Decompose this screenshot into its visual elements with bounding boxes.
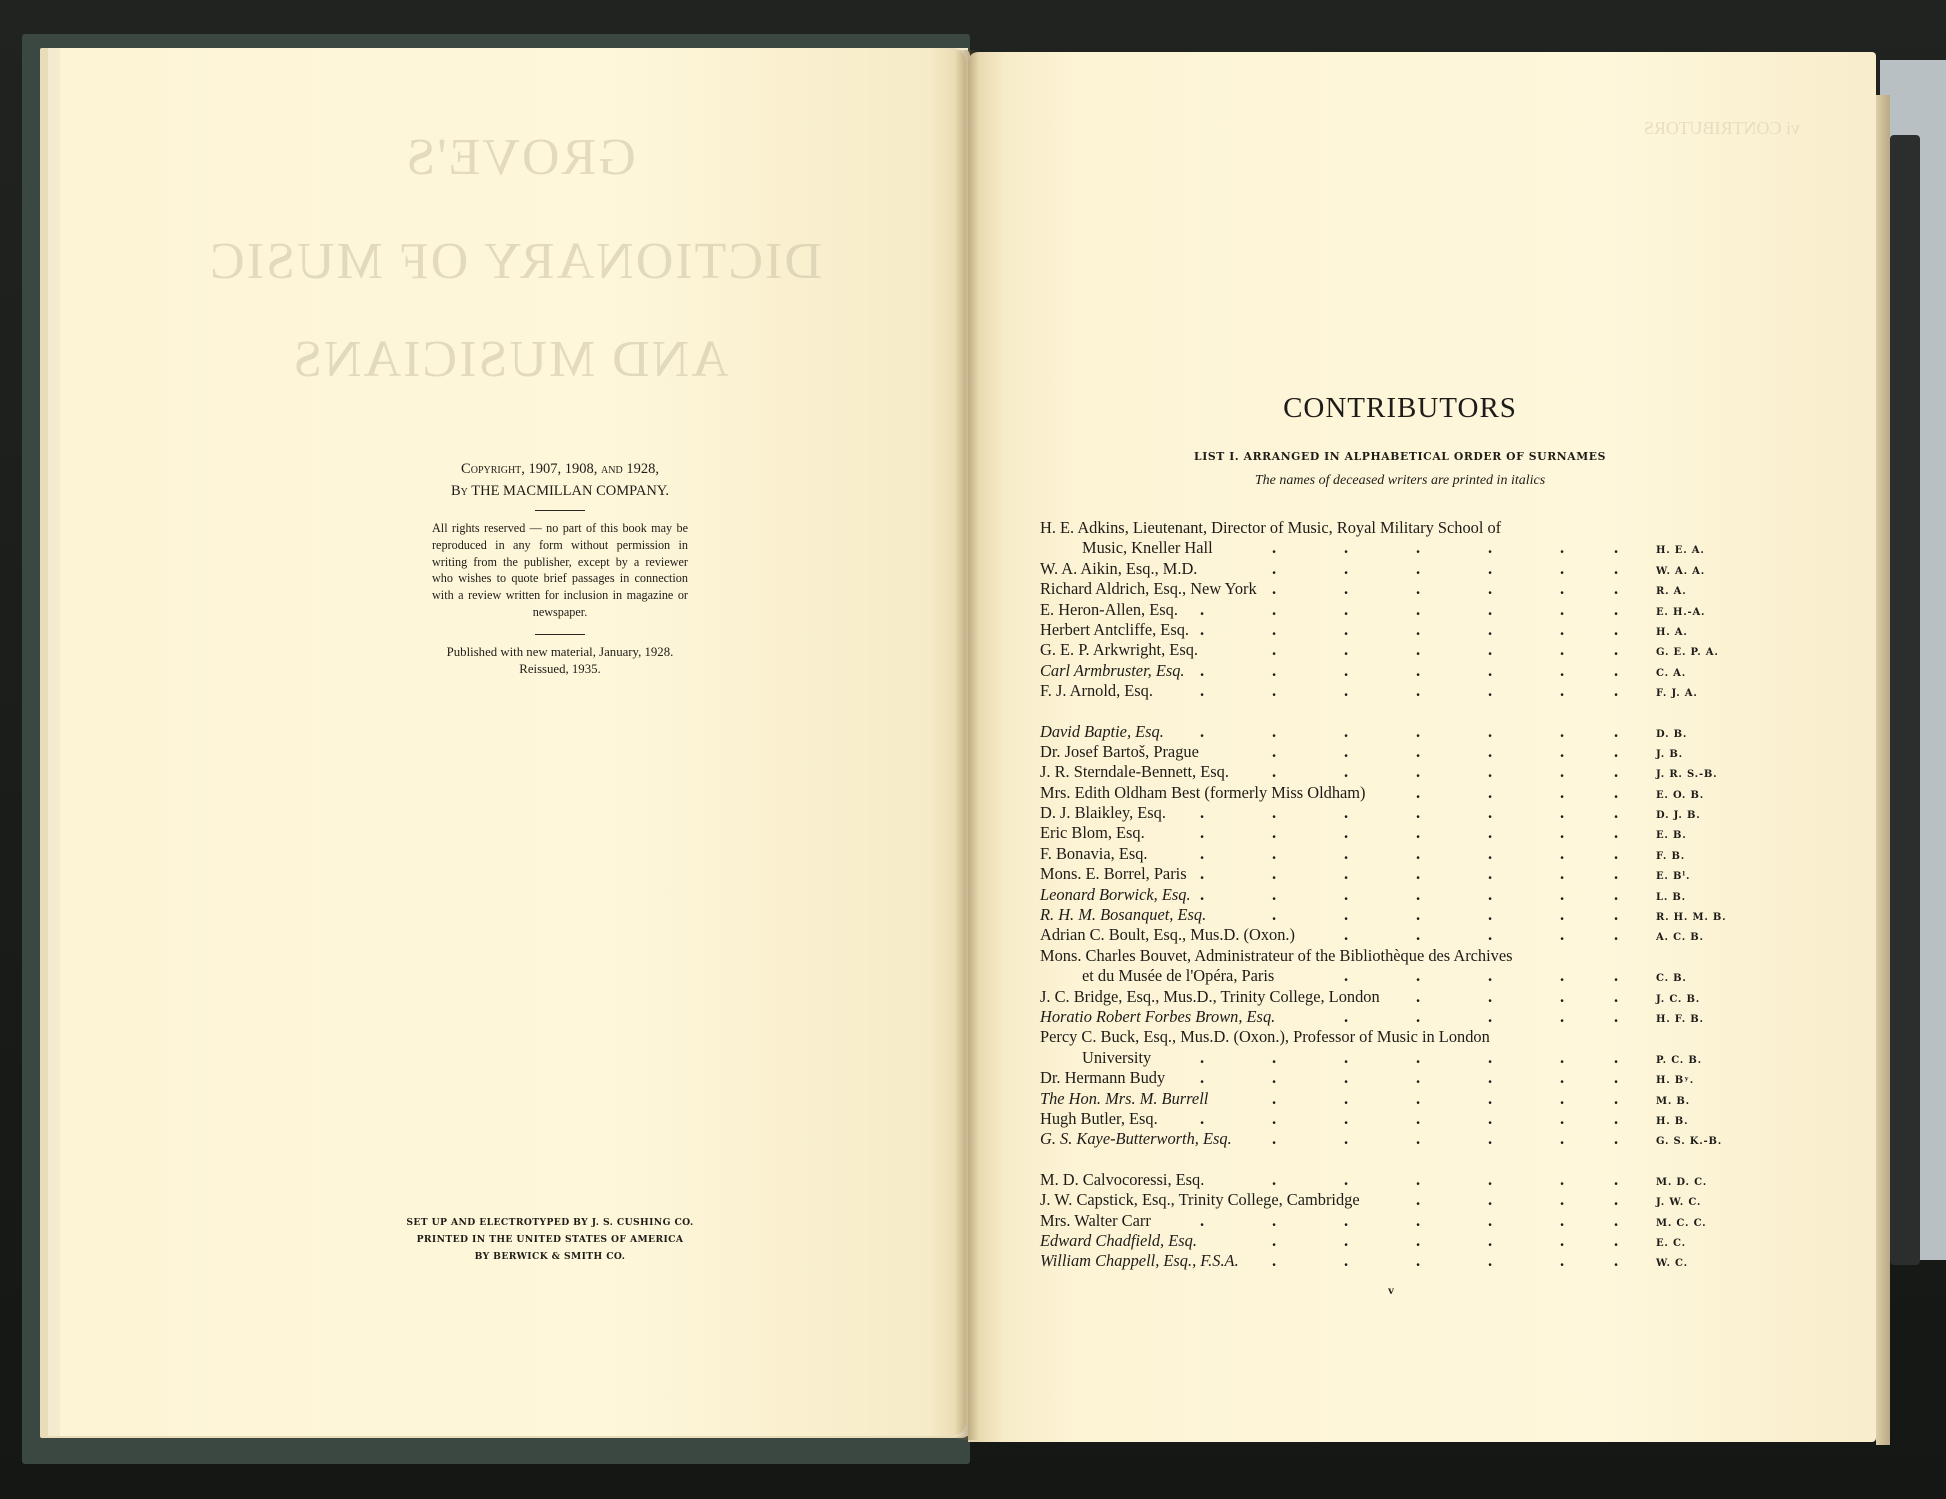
contributor-row: The Hon. Mrs. M. Burrell......M. B. (1040, 1089, 1740, 1109)
dot-leader: ...... (1040, 1231, 1618, 1251)
leader-dot: . (1614, 742, 1618, 762)
publisher-line: By THE MACMILLAN COMPANY. (400, 480, 720, 502)
leader-dot: . (1488, 885, 1492, 905)
leader-dot: . (1488, 864, 1492, 884)
contributor-row: Herbert Antcliffe, Esq........H. A. (1040, 620, 1740, 640)
ghost-running-header: vi CONTRIBUTORS (1330, 118, 1800, 139)
contributor-row: Dr. Hermann Budy.......H. Bʸ. (1040, 1068, 1740, 1088)
contributor-row: Dr. Josef Bartoš, Prague......J. B. (1040, 742, 1740, 762)
leader-dot: . (1488, 905, 1492, 925)
contributor-row: University.......P. C. B. (1040, 1048, 1740, 1068)
dot-leader: ...... (1040, 1251, 1618, 1271)
contributor-initials: F. J. A. (1656, 684, 1698, 704)
leader-dot: . (1614, 661, 1618, 681)
leader-dot: . (1560, 966, 1564, 986)
printer-line: BY BERWICK & SMITH CO. (400, 1248, 700, 1265)
leader-dot: . (1200, 823, 1204, 843)
leader-dot: . (1614, 823, 1618, 843)
leader-dot: . (1344, 844, 1348, 864)
contributor-row: J. C. Bridge, Esq., Mus.D., Trinity Coll… (1040, 987, 1740, 1007)
rights-notice: All rights reserved — no part of this bo… (432, 520, 688, 621)
leader-dot: . (1416, 1048, 1420, 1068)
leader-dot: . (1560, 681, 1564, 701)
leader-dot: . (1416, 1231, 1420, 1251)
leader-dot: . (1488, 681, 1492, 701)
contributor-row: R. H. M. Bosanquet, Esq.......R. H. M. B… (1040, 905, 1740, 925)
leader-dot: . (1488, 742, 1492, 762)
leader-dot: . (1614, 1170, 1618, 1190)
publication-note: Published with new material, January, 19… (400, 644, 720, 661)
leader-dot: . (1416, 783, 1420, 803)
publisher-by: By (451, 483, 468, 499)
leader-dot: . (1614, 620, 1618, 640)
contributor-row: Music, Kneller Hall......H. E. A. (1040, 538, 1740, 558)
leader-dot: . (1200, 722, 1204, 742)
printer-line: PRINTED IN THE UNITED STATES OF AMERICA (400, 1231, 700, 1248)
contributor-row: D. J. Blaikley, Esq........D. J. B. (1040, 803, 1740, 823)
contributor-row: Leonard Borwick, Esq........L. B. (1040, 885, 1740, 905)
leader-dot: . (1272, 559, 1276, 579)
leader-dot: . (1488, 1109, 1492, 1129)
leader-dot: . (1614, 538, 1618, 558)
leader-dot: . (1272, 1251, 1276, 1271)
leader-dot: . (1272, 579, 1276, 599)
contributor-row: W. A. Aikin, Esq., M.D.......W. A. A. (1040, 559, 1740, 579)
leader-dot: . (1614, 966, 1618, 986)
dot-leader: ....... (1040, 803, 1618, 823)
leader-dot: . (1416, 559, 1420, 579)
contributor-row: Eric Blom, Esq........E. B. (1040, 823, 1740, 843)
dot-leader: ...... (1040, 579, 1618, 599)
leader-dot: . (1272, 1068, 1276, 1088)
leader-dot: . (1272, 823, 1276, 843)
leader-dot: . (1560, 783, 1564, 803)
leader-dot: . (1200, 681, 1204, 701)
book-gutter (955, 50, 979, 1440)
dot-leader: ....... (1040, 1048, 1618, 1068)
contributor-row: H. E. Adkins, Lieutenant, Director of Mu… (1040, 518, 1740, 538)
leader-dot: . (1416, 620, 1420, 640)
leader-dot: . (1614, 925, 1618, 945)
leader-dot: . (1488, 925, 1492, 945)
contributor-row: et du Musée de l'Opéra, Paris.....C. B. (1040, 966, 1740, 986)
dot-leader: ...... (1040, 538, 1618, 558)
contributor-row: G. E. P. Arkwright, Esq.......G. E. P. A… (1040, 640, 1740, 660)
leader-dot: . (1416, 1251, 1420, 1271)
leader-dot: . (1488, 1251, 1492, 1271)
ghost-title-line-2: DICTIONARY OF MUSIC (110, 232, 920, 291)
leader-dot: . (1560, 559, 1564, 579)
leader-dot: . (1560, 722, 1564, 742)
dot-leader: ....... (1040, 844, 1618, 864)
leader-dot: . (1344, 681, 1348, 701)
leader-dot: . (1344, 925, 1348, 945)
divider-rule (535, 634, 585, 635)
copyright-year-last: 1928, (623, 461, 659, 477)
leader-dot: . (1560, 1251, 1564, 1271)
leader-dot: . (1614, 905, 1618, 925)
leader-dot: . (1416, 600, 1420, 620)
leader-dot: . (1416, 1068, 1420, 1088)
page-edges-right (1876, 95, 1890, 1445)
leader-dot: . (1560, 987, 1564, 1007)
leader-dot: . (1560, 1190, 1564, 1210)
contributor-initials: W. C. (1656, 1254, 1688, 1274)
leader-dot: . (1272, 538, 1276, 558)
leader-dot: . (1614, 681, 1618, 701)
leader-dot: . (1344, 600, 1348, 620)
leader-dot: . (1416, 722, 1420, 742)
leader-dot: . (1416, 1109, 1420, 1129)
leader-dot: . (1416, 966, 1420, 986)
dot-leader: ..... (1040, 1007, 1618, 1027)
leader-dot: . (1272, 844, 1276, 864)
leader-dot: . (1488, 823, 1492, 843)
dot-leader: ....... (1040, 661, 1618, 681)
dot-leader: .... (1040, 783, 1618, 803)
contributor-row: M. D. Calvocoressi, Esq.......M. D. C. (1040, 1170, 1740, 1190)
leader-dot: . (1344, 1089, 1348, 1109)
leader-dot: . (1344, 1251, 1348, 1271)
dot-leader: ....... (1040, 722, 1618, 742)
leader-dot: . (1416, 885, 1420, 905)
leader-dot: . (1272, 905, 1276, 925)
copyright-line: Copyright, 1907, 1908, and 1928, (400, 458, 720, 480)
leader-dot: . (1614, 1109, 1618, 1129)
leader-dot: . (1488, 1129, 1492, 1149)
dot-leader: ....... (1040, 681, 1618, 701)
list-note: The names of deceased writers are printe… (1100, 473, 1700, 489)
leader-dot: . (1488, 640, 1492, 660)
leader-dot: . (1560, 1068, 1564, 1088)
leader-dot: . (1560, 762, 1564, 782)
leader-dot: . (1614, 722, 1618, 742)
leader-dot: . (1488, 620, 1492, 640)
page-title: CONTRIBUTORS (1250, 392, 1550, 425)
dot-leader: ...... (1040, 640, 1618, 660)
leader-dot: . (1272, 681, 1276, 701)
contributors-list: H. E. Adkins, Lieutenant, Director of Mu… (1040, 518, 1740, 1272)
leader-dot: . (1344, 640, 1348, 660)
leader-dot: . (1272, 1211, 1276, 1231)
copyright-and: and (601, 461, 623, 477)
leader-dot: . (1416, 1089, 1420, 1109)
leader-dot: . (1272, 1048, 1276, 1068)
dot-leader: .... (1040, 987, 1618, 1007)
leader-dot: . (1416, 640, 1420, 660)
leader-dot: . (1200, 1048, 1204, 1068)
leader-dot: . (1200, 1211, 1204, 1231)
leader-dot: . (1344, 1211, 1348, 1231)
leader-dot: . (1416, 579, 1420, 599)
leader-dot: . (1560, 905, 1564, 925)
leader-dot: . (1272, 661, 1276, 681)
leader-dot: . (1272, 742, 1276, 762)
leader-dot: . (1200, 844, 1204, 864)
leader-dot: . (1560, 864, 1564, 884)
contributor-row: G. S. Kaye-Butterworth, Esq.......G. S. … (1040, 1129, 1740, 1149)
leader-dot: . (1200, 885, 1204, 905)
leader-dot: . (1560, 1170, 1564, 1190)
leader-dot: . (1560, 1109, 1564, 1129)
leader-dot: . (1560, 538, 1564, 558)
leader-dot: . (1614, 1007, 1618, 1027)
leader-dot: . (1344, 823, 1348, 843)
leader-dot: . (1560, 600, 1564, 620)
dot-leader: ....... (1040, 1211, 1618, 1231)
leader-dot: . (1560, 661, 1564, 681)
leader-dot: . (1344, 620, 1348, 640)
leader-dot: . (1344, 905, 1348, 925)
ghost-title-line-3: AND MUSICIANS (200, 330, 820, 389)
dot-leader: ...... (1040, 1170, 1618, 1190)
contributor-row: Adrian C. Boult, Esq., Mus.D. (Oxon.)...… (1040, 925, 1740, 945)
leader-dot: . (1344, 1007, 1348, 1027)
leader-dot: . (1344, 803, 1348, 823)
dot-leader: ....... (1040, 600, 1618, 620)
leader-dot: . (1560, 1231, 1564, 1251)
contributor-row: E. Heron-Allen, Esq........E. H.-A. (1040, 600, 1740, 620)
contributor-row: Richard Aldrich, Esq., New York......R. … (1040, 579, 1740, 599)
dot-leader: ....... (1040, 1109, 1618, 1129)
leader-dot: . (1416, 661, 1420, 681)
leader-dot: . (1488, 1089, 1492, 1109)
leader-dot: . (1272, 864, 1276, 884)
leader-dot: . (1488, 987, 1492, 1007)
divider-rule (535, 510, 585, 511)
leader-dot: . (1488, 844, 1492, 864)
leader-dot: . (1614, 559, 1618, 579)
leader-dot: . (1614, 1129, 1618, 1149)
leader-dot: . (1416, 1007, 1420, 1027)
leader-dot: . (1614, 1231, 1618, 1251)
leader-dot: . (1272, 640, 1276, 660)
leader-dot: . (1344, 661, 1348, 681)
leader-dot: . (1560, 1007, 1564, 1027)
leader-dot: . (1560, 1129, 1564, 1149)
leader-dot: . (1272, 803, 1276, 823)
publisher-name: THE MACMILLAN COMPANY. (468, 483, 669, 499)
leader-dot: . (1416, 1211, 1420, 1231)
leader-dot: . (1488, 1068, 1492, 1088)
leader-dot: . (1488, 538, 1492, 558)
dot-leader: ...... (1040, 1089, 1618, 1109)
leader-dot: . (1560, 885, 1564, 905)
contributor-name: H. E. Adkins, Lieutenant, Director of Mu… (1040, 518, 1501, 538)
leader-dot: . (1488, 722, 1492, 742)
leader-dot: . (1560, 579, 1564, 599)
printer-imprint: SET UP AND ELECTROTYPED BY J. S. CUSHING… (400, 1214, 700, 1265)
list-heading: LIST I. ARRANGED IN ALPHABETICAL ORDER O… (1100, 450, 1700, 463)
leader-dot: . (1488, 1048, 1492, 1068)
printer-line: SET UP AND ELECTROTYPED BY J. S. CUSHING… (400, 1214, 700, 1231)
leader-dot: . (1416, 803, 1420, 823)
leader-dot: . (1416, 905, 1420, 925)
leader-dot: . (1560, 925, 1564, 945)
leader-dot: . (1272, 762, 1276, 782)
contributor-row: David Baptie, Esq........D. B. (1040, 722, 1740, 742)
leader-dot: . (1488, 559, 1492, 579)
page-number: v (1388, 1283, 1394, 1298)
leader-dot: . (1416, 823, 1420, 843)
leader-dot: . (1614, 1048, 1618, 1068)
dot-leader: ....... (1040, 620, 1618, 640)
leader-dot: . (1200, 1109, 1204, 1129)
leader-dot: . (1488, 783, 1492, 803)
contributor-row: Mons. E. Borrel, Paris.......E. Bˡ. (1040, 864, 1740, 884)
dot-leader: ...... (1040, 905, 1618, 925)
dot-leader: ..... (1040, 966, 1618, 986)
dot-leader: ....... (1040, 1068, 1618, 1088)
dot-leader: ..... (1040, 925, 1618, 945)
leader-dot: . (1560, 1048, 1564, 1068)
leader-dot: . (1560, 1211, 1564, 1231)
leader-dot: . (1416, 1170, 1420, 1190)
leader-dot: . (1416, 762, 1420, 782)
dot-leader: .... (1040, 1190, 1618, 1210)
leader-dot: . (1488, 966, 1492, 986)
contributor-row: Carl Armbruster, Esq........C. A. (1040, 661, 1740, 681)
contributor-row: Edward Chadfield, Esq.......E. C. (1040, 1231, 1740, 1251)
dot-leader: ...... (1040, 559, 1618, 579)
leader-dot: . (1200, 864, 1204, 884)
contributor-row: F. J. Arnold, Esq........F. J. A. (1040, 681, 1740, 701)
leader-dot: . (1200, 1068, 1204, 1088)
leader-dot: . (1344, 1231, 1348, 1251)
leader-dot: . (1344, 762, 1348, 782)
dot-leader: ....... (1040, 885, 1618, 905)
leader-dot: . (1560, 844, 1564, 864)
leader-dot: . (1488, 1211, 1492, 1231)
leader-dot: . (1416, 864, 1420, 884)
copyright-years: , 1907, 1908, (521, 461, 601, 477)
dot-leader: ...... (1040, 762, 1618, 782)
leader-dot: . (1344, 722, 1348, 742)
leader-dot: . (1614, 1089, 1618, 1109)
copyright-block: Copyright, 1907, 1908, and 1928, By THE … (400, 458, 720, 678)
leader-dot: . (1560, 803, 1564, 823)
leader-dot: . (1272, 722, 1276, 742)
contributor-name: Mons. Charles Bouvet, Administrateur of … (1040, 946, 1513, 966)
leader-dot: . (1614, 864, 1618, 884)
leader-dot: . (1488, 1231, 1492, 1251)
leader-dot: . (1614, 1211, 1618, 1231)
leader-dot: . (1200, 803, 1204, 823)
leader-dot: . (1614, 803, 1618, 823)
leader-dot: . (1614, 600, 1618, 620)
contributor-row: William Chappell, Esq., F.S.A.......W. C… (1040, 1251, 1740, 1271)
leader-dot: . (1272, 1129, 1276, 1149)
leader-dot: . (1614, 783, 1618, 803)
leader-dot: . (1488, 579, 1492, 599)
leader-dot: . (1200, 620, 1204, 640)
leader-dot: . (1614, 1251, 1618, 1271)
leader-dot: . (1560, 1089, 1564, 1109)
leader-dot: . (1344, 885, 1348, 905)
leader-dot: . (1200, 600, 1204, 620)
dot-leader: ....... (1040, 864, 1618, 884)
leader-dot: . (1272, 1089, 1276, 1109)
leader-dot: . (1344, 1109, 1348, 1129)
leader-dot: . (1416, 742, 1420, 762)
contributor-row: J. R. Sterndale-Bennett, Esq.......J. R.… (1040, 762, 1740, 782)
leader-dot: . (1344, 966, 1348, 986)
contributor-row: J. W. Capstick, Esq., Trinity College, C… (1040, 1190, 1740, 1210)
leader-dot: . (1614, 640, 1618, 660)
leader-dot: . (1416, 538, 1420, 558)
dot-leader: ...... (1040, 1129, 1618, 1149)
leader-dot: . (1272, 600, 1276, 620)
leader-dot: . (1614, 987, 1618, 1007)
leader-dot: . (1344, 1170, 1348, 1190)
contributor-row: Mrs. Walter Carr.......M. C. C. (1040, 1211, 1740, 1231)
leader-dot: . (1560, 640, 1564, 660)
leader-dot: . (1614, 1068, 1618, 1088)
leader-dot: . (1488, 600, 1492, 620)
contributor-row: Percy C. Buck, Esq., Mus.D. (Oxon.), Pro… (1040, 1027, 1740, 1047)
contributor-name: Percy C. Buck, Esq., Mus.D. (Oxon.), Pro… (1040, 1027, 1490, 1047)
leader-dot: . (1488, 1007, 1492, 1027)
back-cover-board (1890, 135, 1920, 1265)
leader-dot: . (1614, 762, 1618, 782)
reissue-note: Reissued, 1935. (400, 661, 720, 678)
leader-dot: . (1416, 844, 1420, 864)
leader-dot: . (1344, 742, 1348, 762)
leader-dot: . (1614, 885, 1618, 905)
leader-dot: . (1272, 885, 1276, 905)
leader-dot: . (1272, 1231, 1276, 1251)
leader-dot: . (1344, 579, 1348, 599)
contributor-row: F. Bonavia, Esq........F. B. (1040, 844, 1740, 864)
leader-dot: . (1614, 579, 1618, 599)
leader-dot: . (1344, 864, 1348, 884)
leader-dot: . (1272, 620, 1276, 640)
leader-dot: . (1614, 1190, 1618, 1210)
dot-leader: ...... (1040, 742, 1618, 762)
leader-dot: . (1416, 681, 1420, 701)
leader-dot: . (1416, 1190, 1420, 1210)
contributor-row: Mrs. Edith Oldham Best (formerly Miss Ol… (1040, 783, 1740, 803)
leader-dot: . (1488, 762, 1492, 782)
leader-dot: . (1344, 1048, 1348, 1068)
leader-dot: . (1344, 1068, 1348, 1088)
leader-dot: . (1344, 538, 1348, 558)
leader-dot: . (1416, 1129, 1420, 1149)
leader-dot: . (1272, 1109, 1276, 1129)
leader-dot: . (1416, 987, 1420, 1007)
leader-dot: . (1560, 742, 1564, 762)
leader-dot: . (1416, 925, 1420, 945)
leader-dot: . (1488, 1190, 1492, 1210)
contributor-row: Mons. Charles Bouvet, Administrateur of … (1040, 946, 1740, 966)
leader-dot: . (1560, 823, 1564, 843)
leader-dot: . (1344, 1129, 1348, 1149)
leader-dot: . (1488, 803, 1492, 823)
contributor-row: Horatio Robert Forbes Brown, Esq......H.… (1040, 1007, 1740, 1027)
contributor-initials: G. S. K.-B. (1656, 1132, 1722, 1152)
contributor-row: Hugh Butler, Esq........H. B. (1040, 1109, 1740, 1129)
leader-dot: . (1488, 661, 1492, 681)
leader-dot: . (1614, 844, 1618, 864)
leader-dot: . (1560, 620, 1564, 640)
ghost-title-line-1: GROVE'S (240, 128, 800, 187)
leader-dot: . (1272, 1170, 1276, 1190)
copyright-word: Copyright (461, 461, 521, 477)
leader-dot: . (1200, 661, 1204, 681)
leader-dot: . (1488, 1170, 1492, 1190)
leader-dot: . (1344, 559, 1348, 579)
dot-leader: ....... (1040, 823, 1618, 843)
